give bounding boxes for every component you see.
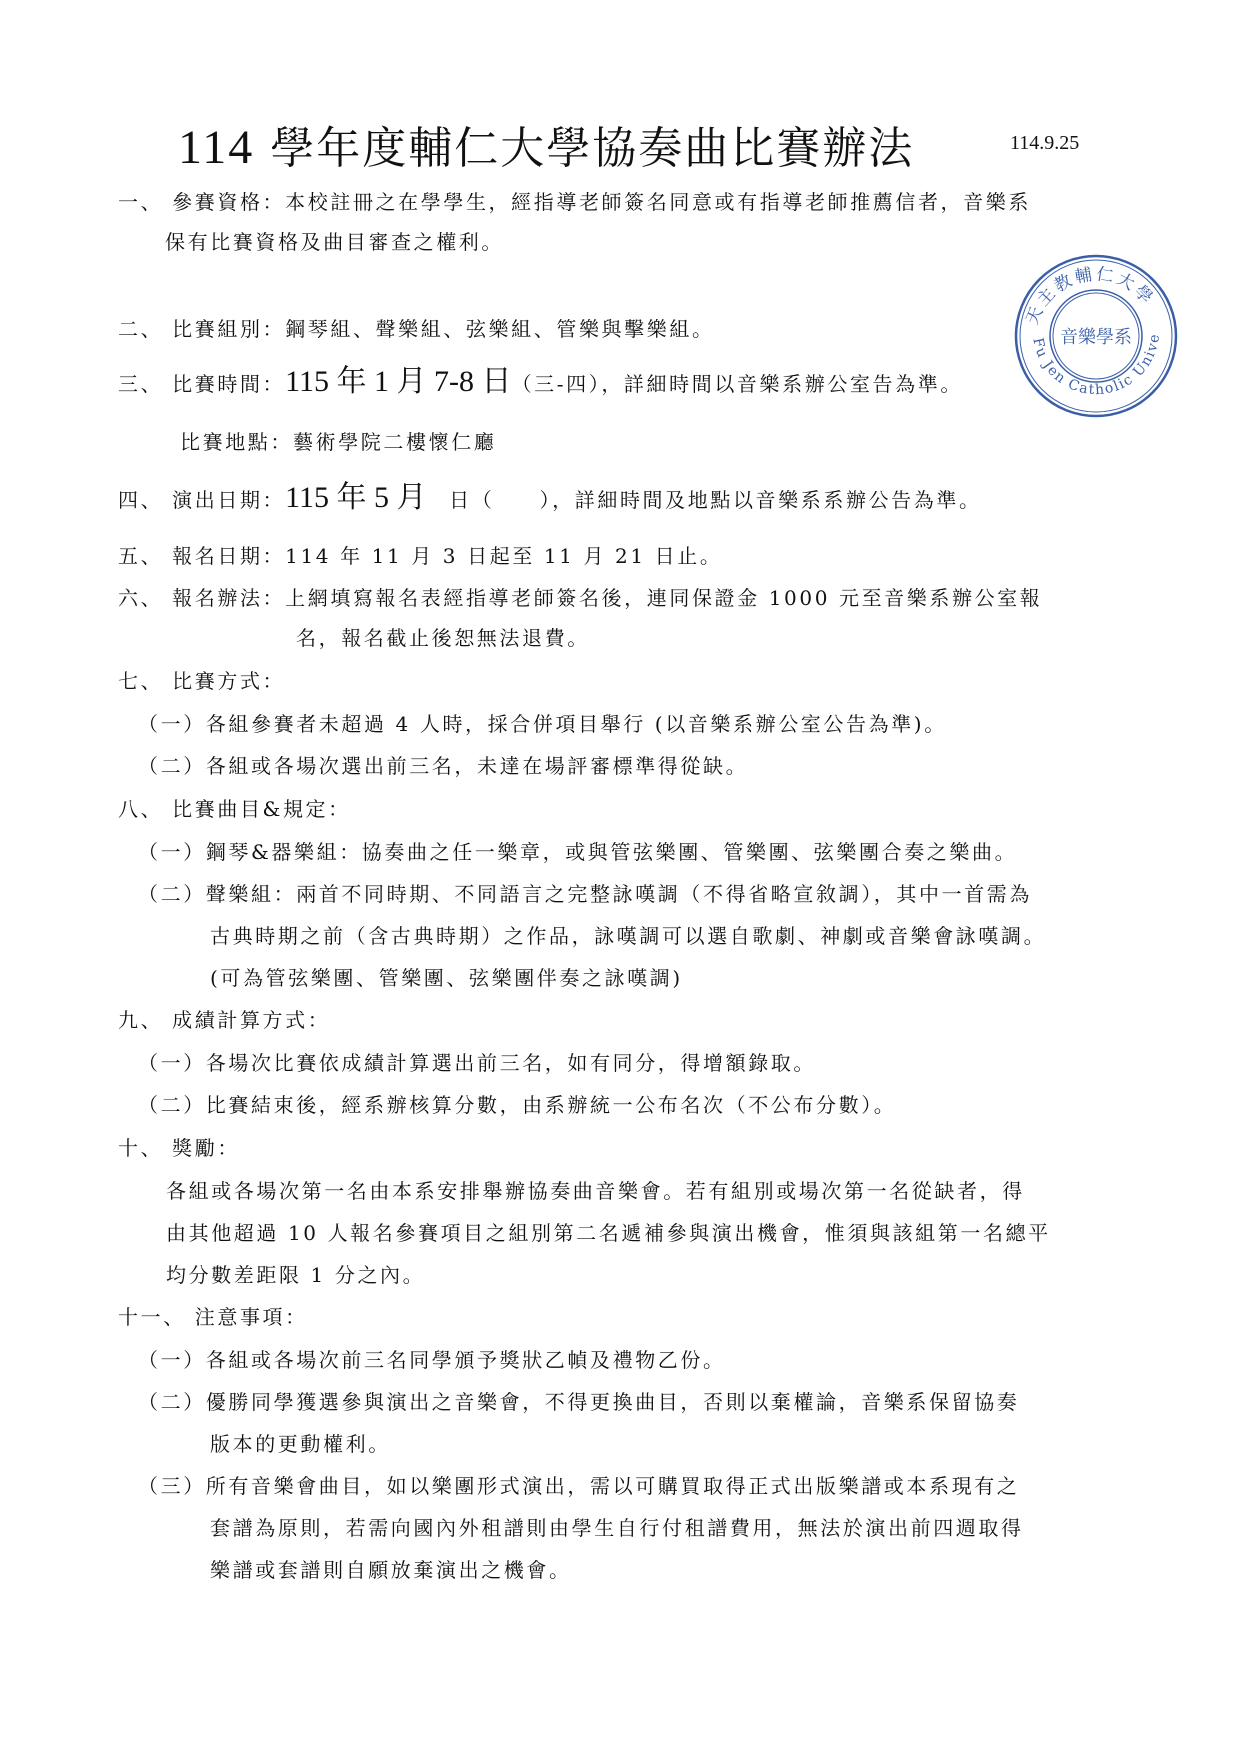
- section-11-item-2: （二）優勝同學獲選參與演出之音樂會，不得更換曲目，否則以棄權論，音樂系保留協奏: [138, 1388, 1019, 1416]
- section-11-item-1: （一）各組或各場次前三名同學頒予獎狀乙幀及禮物乙份。: [138, 1346, 726, 1374]
- document-date: 114.9.25: [1010, 132, 1079, 155]
- section-3-suffix: （三-四），詳細時間以音樂系辦公室告為準。: [512, 372, 963, 396]
- section-11-item-3: （三）所有音樂會曲目，如以樂團形式演出，需以可購買取得正式出版樂譜或本系現有之: [138, 1472, 1019, 1500]
- section-8-item-1: （一）鋼琴&器樂組：協奏曲之任一樂章，或與管弦樂團、管樂團、弦樂團合奏之樂曲。: [138, 838, 1017, 866]
- section-8-item-2: （二）聲樂組：兩首不同時期、不同語言之完整詠嘆調（不得省略宣敘調），其中一首需為: [138, 880, 1032, 908]
- section-5: 五、 報名日期：114 年 11 月 3 日起至 11 月 21 日止。: [118, 542, 722, 570]
- section-8-heading: 八、 比賽曲目&規定：: [118, 795, 351, 823]
- section-3-venue: 比賽地點：藝術學院二樓懷仁廳: [180, 428, 496, 456]
- section-9-item-2: （二）比賽結束後，經系辦核算分數，由系辦統一公布名次（不公布分數）。: [138, 1091, 896, 1119]
- section-10-line-1: 各組或各場次第一名由本系安排舉辦協奏曲音樂會。若有組別或場次第一名從缺者，得: [166, 1177, 1025, 1205]
- document-title: 114 學年度輔仁大學協奏曲比賽辦法: [178, 112, 914, 176]
- section-11-heading: 十一、 注意事項：: [118, 1303, 308, 1331]
- section-11-item-3-cont-1: 套譜為原則，若需向國內外租譜則由學生自行付租譜費用，無法於演出前四週取得: [210, 1514, 1024, 1542]
- section-9-heading: 九、 成績計算方式：: [118, 1006, 330, 1034]
- title-year: 114: [178, 121, 254, 174]
- section-4-date: 115 年 5 月: [285, 481, 426, 514]
- section-3-prefix: 三、 比賽時間：: [118, 372, 285, 396]
- seal-icon: 天主教輔仁大學 Fu Jen Catholic University 音樂學系: [1013, 253, 1179, 419]
- section-7-heading: 七、 比賽方式：: [118, 667, 285, 695]
- svg-text:音樂學系: 音樂學系: [1060, 327, 1132, 348]
- section-1-line-2: 保有比賽資格及曲目審查之權利。: [165, 228, 504, 256]
- section-6-line-2: 名，報名截止後恕無法退費。: [296, 624, 590, 652]
- section-10-heading: 十、 獎勵：: [118, 1134, 240, 1162]
- section-9-item-1: （一）各場次比賽依成績計算選出前三名，如有同分，得增額錄取。: [138, 1049, 816, 1077]
- section-10-line-2: 由其他超過 10 人報名參賽項目之組別第二名遞補參與演出機會，惟須與該組第一名總…: [166, 1219, 1051, 1247]
- section-1-line-1: 一、 參賽資格：本校註冊之在學學生，經指導老師簽名同意或有指導老師推薦信者，音樂…: [118, 188, 1031, 216]
- section-6-line-1: 六、 報名辦法：上網填寫報名表經指導老師簽名後，連同保證金 1000 元至音樂系…: [118, 584, 1042, 612]
- section-4-suffix: 日（ ），詳細時間及地點以音樂系系辦公告為準。: [427, 488, 982, 512]
- section-11-item-2-cont: 版本的更動權利。: [210, 1430, 391, 1458]
- section-3-date: 115 年 1 月 7-8 日: [285, 365, 511, 398]
- section-8-item-2-cont-2: (可為管弦樂團、管樂團、弦樂團伴奏之詠嘆調): [210, 964, 683, 992]
- section-11-item-3-cont-2: 樂譜或套譜則自願放棄演出之機會。: [210, 1556, 572, 1584]
- section-8-item-2-cont-1: 古典時期之前（含古典時期）之作品，詠嘆調可以選自歌劇、神劇或音樂會詠嘆調。: [210, 922, 1046, 950]
- section-4-prefix: 四、 演出日期：: [118, 488, 285, 512]
- document-page: 114 學年度輔仁大學協奏曲比賽辦法 114.9.25 一、 參賽資格：本校註冊…: [0, 0, 1241, 1755]
- section-7-item-1: （一）各組參賽者未超過 4 人時，採合併項目舉行 (以音樂系辦公室公告為準)。: [138, 710, 947, 738]
- section-4-performance-date: 四、 演出日期：115 年 5 月 日（ ），詳細時間及地點以音樂系系辦公告為準…: [118, 484, 982, 514]
- department-seal: 天主教輔仁大學 Fu Jen Catholic University 音樂學系: [1013, 253, 1179, 419]
- section-7-item-2: （二）各組或各場次選出前三名，未達在場評審標準得從缺。: [138, 752, 748, 780]
- title-text: 學年度輔仁大學協奏曲比賽辦法: [254, 123, 914, 174]
- section-10-line-3: 均分數差距限 1 分之內。: [166, 1261, 425, 1289]
- section-3-time: 三、 比賽時間：115 年 1 月 7-8 日（三-四），詳細時間以音樂系辦公室…: [118, 368, 963, 398]
- section-2: 二、 比賽組別：鋼琴組、聲樂組、弦樂組、管樂與擊樂組。: [118, 315, 715, 343]
